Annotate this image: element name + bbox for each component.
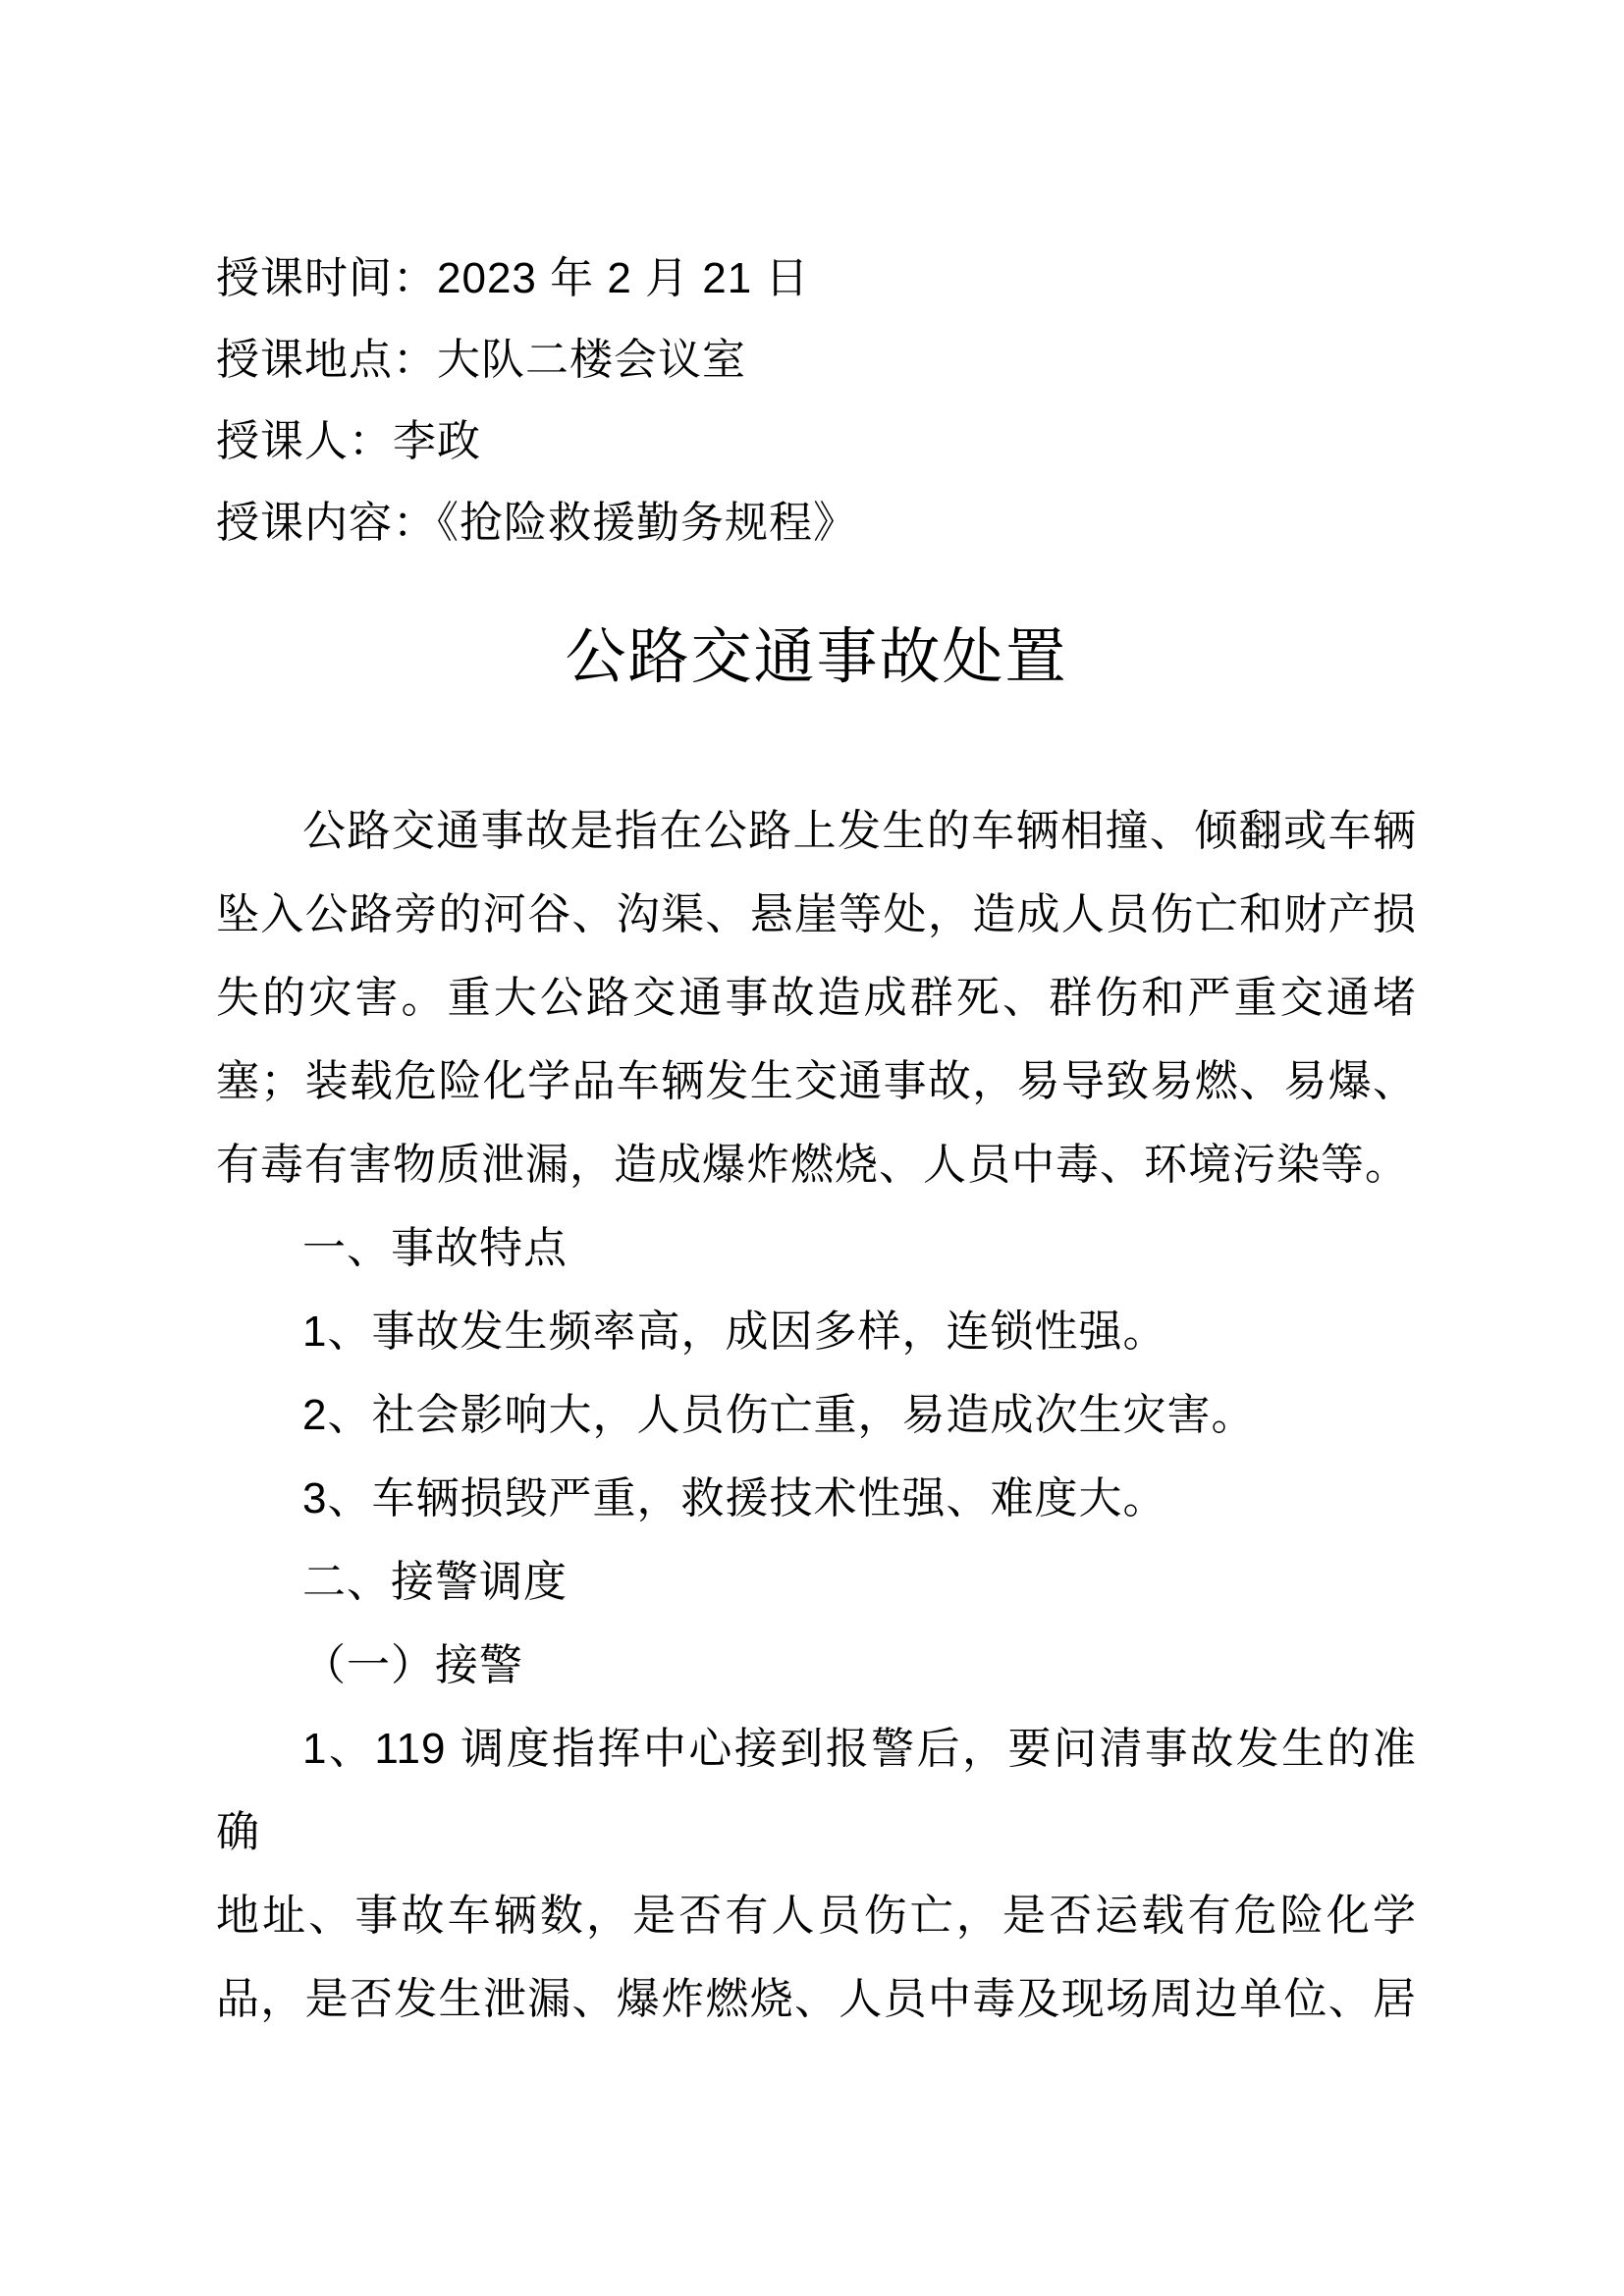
body-line: 2、社会影响大，人员伤亡重，易造成次生灾害。 (216, 1373, 1417, 1457)
body-line: 失的灾害。重大公路交通事故造成群死、群伤和严重交通堵 (216, 956, 1417, 1040)
body-line: 品，是否发生泄漏、爆炸燃烧、人员中毒及现场周边单位、居 (216, 1957, 1417, 2041)
subsection-heading: （一）接警 (216, 1624, 1417, 1707)
body-line: 公路交通事故是指在公路上发生的车辆相撞、倾翻或车辆 (216, 789, 1417, 873)
document-page: 授课时间：2023 年 2 月 21 日 授课地点：大队二楼会议室 授课人：李政… (0, 0, 1624, 2296)
document-title: 公路交通事故处置 (216, 618, 1417, 697)
meta-line-time: 授课时间：2023 年 2 月 21 日 (216, 238, 1417, 319)
body-line: 1、119 调度指挥中心接到报警后，要问清事故发生的准确 (216, 1707, 1417, 1874)
body-line: 塞；装载危险化学品车辆发生交通事故，易导致易燃、易爆、 (216, 1040, 1417, 1123)
meta-line-lecturer: 授课人：李政 (216, 400, 1417, 482)
document-content: 授课时间：2023 年 2 月 21 日 授课地点：大队二楼会议室 授课人：李政… (216, 0, 1417, 2041)
meta-line-content: 授课内容：《抢险救援勤务规程》 (216, 482, 1417, 563)
body-line: 有毒有害物质泄漏，造成爆炸燃烧、人员中毒、环境污染等。 (216, 1123, 1417, 1206)
section-heading: 二、接警调度 (216, 1540, 1417, 1624)
body-line: 1、事故发生频率高，成因多样，连锁性强。 (216, 1290, 1417, 1373)
section-heading: 一、事故特点 (216, 1206, 1417, 1290)
body-line: 地址、事故车辆数，是否有人员伤亡，是否运载有危险化学 (216, 1874, 1417, 1957)
meta-line-location: 授课地点：大队二楼会议室 (216, 319, 1417, 400)
body-line: 3、车辆损毁严重，救援技术性强、难度大。 (216, 1457, 1417, 1540)
body-line: 坠入公路旁的河谷、沟渠、悬崖等处，造成人员伤亡和财产损 (216, 873, 1417, 956)
